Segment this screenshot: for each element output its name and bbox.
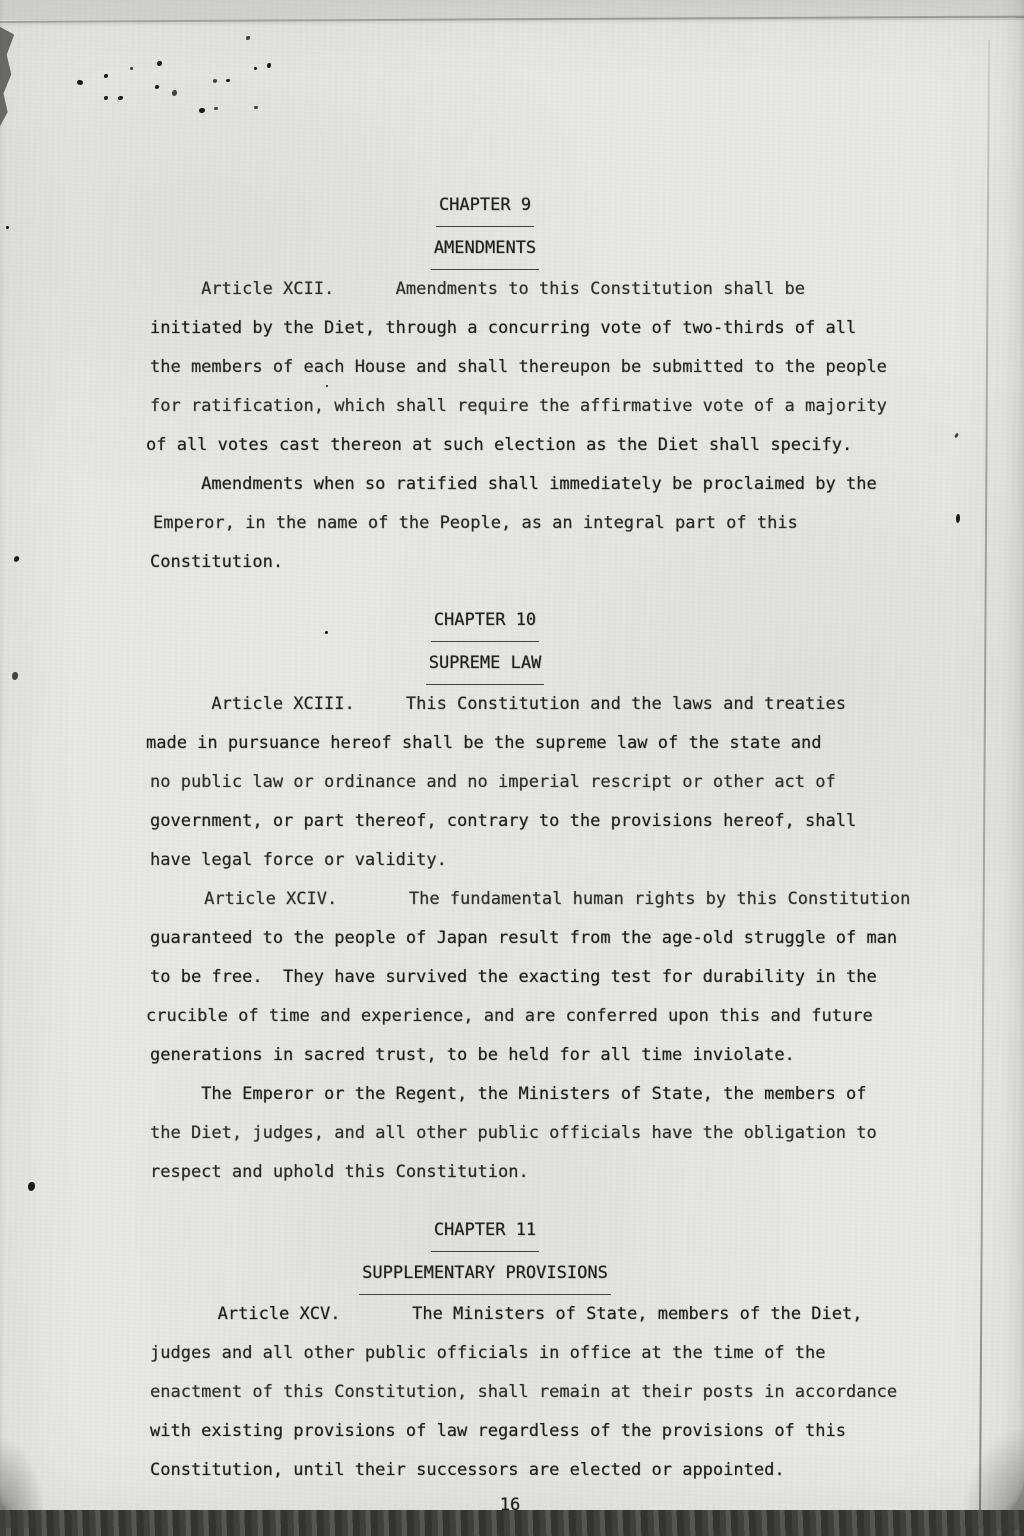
text-line: to be free. They have survived the exact… xyxy=(150,958,1024,997)
text-line: crucible of time and experience, and are… xyxy=(146,997,1020,1036)
heading-line: AMENDMENTS xyxy=(150,227,900,270)
text-line: no public law or ordinance and no imperi… xyxy=(150,763,1024,802)
text-line: Article XCV. The Ministers of State, mem… xyxy=(146,1295,1020,1334)
text-line: Constitution, until their successors are… xyxy=(150,1451,1024,1490)
text-line: guaranteed to the people of Japan result… xyxy=(150,919,1024,958)
heading-line: SUPPLEMENTARY PROVISIONS xyxy=(150,1252,900,1295)
heading-line: CHAPTER 10 xyxy=(150,599,900,642)
text-line: Emperor, in the name of the People, as a… xyxy=(153,504,1024,543)
typed-text-block: CHAPTER 9AMENDMENTS Article XCII. Amendm… xyxy=(0,0,1024,1524)
text-line: for ratification, which shall require th… xyxy=(150,387,1024,426)
text-line: respect and uphold this Constitution. xyxy=(150,1153,1024,1192)
text-line: of all votes cast thereon at such electi… xyxy=(146,426,1020,465)
text-line: Article XCIV. The fundamental human righ… xyxy=(153,880,1024,919)
text-line: the Diet, judges, and all other public o… xyxy=(150,1114,1024,1153)
text-line: have legal force or validity. xyxy=(150,841,1024,880)
text-line: judges and all other public officials in… xyxy=(150,1334,1024,1373)
text-line: Article XCII. Amendments to this Constit… xyxy=(150,270,1024,309)
text-line: enactment of this Constitution, shall re… xyxy=(150,1373,1024,1412)
text-line: Amendments when so ratified shall immedi… xyxy=(150,465,1024,504)
text-line: government, or part thereof, contrary to… xyxy=(150,802,1024,841)
text-line: Article XCIII. This Constitution and the… xyxy=(150,685,1024,724)
heading-line: CHAPTER 9 xyxy=(150,184,900,227)
text-line: initiated by the Diet, through a concurr… xyxy=(150,309,1024,348)
scanned-document: { "page": { "number": "16", "blocks": [ … xyxy=(0,0,1024,1536)
text-line: the members of each House and shall ther… xyxy=(150,348,1024,387)
text-line: Constitution. xyxy=(150,543,1024,582)
page-number: 16 xyxy=(150,1486,900,1524)
text-line: made in pursuance hereof shall be the su… xyxy=(146,724,1020,763)
text-line: with existing provisions of law regardle… xyxy=(150,1412,1024,1451)
heading-line: SUPREME LAW xyxy=(150,642,900,685)
heading-line: CHAPTER 11 xyxy=(150,1209,900,1252)
text-line: generations in sacred trust, to be held … xyxy=(150,1036,1024,1075)
text-line: The Emperor or the Regent, the Ministers… xyxy=(150,1075,1024,1114)
